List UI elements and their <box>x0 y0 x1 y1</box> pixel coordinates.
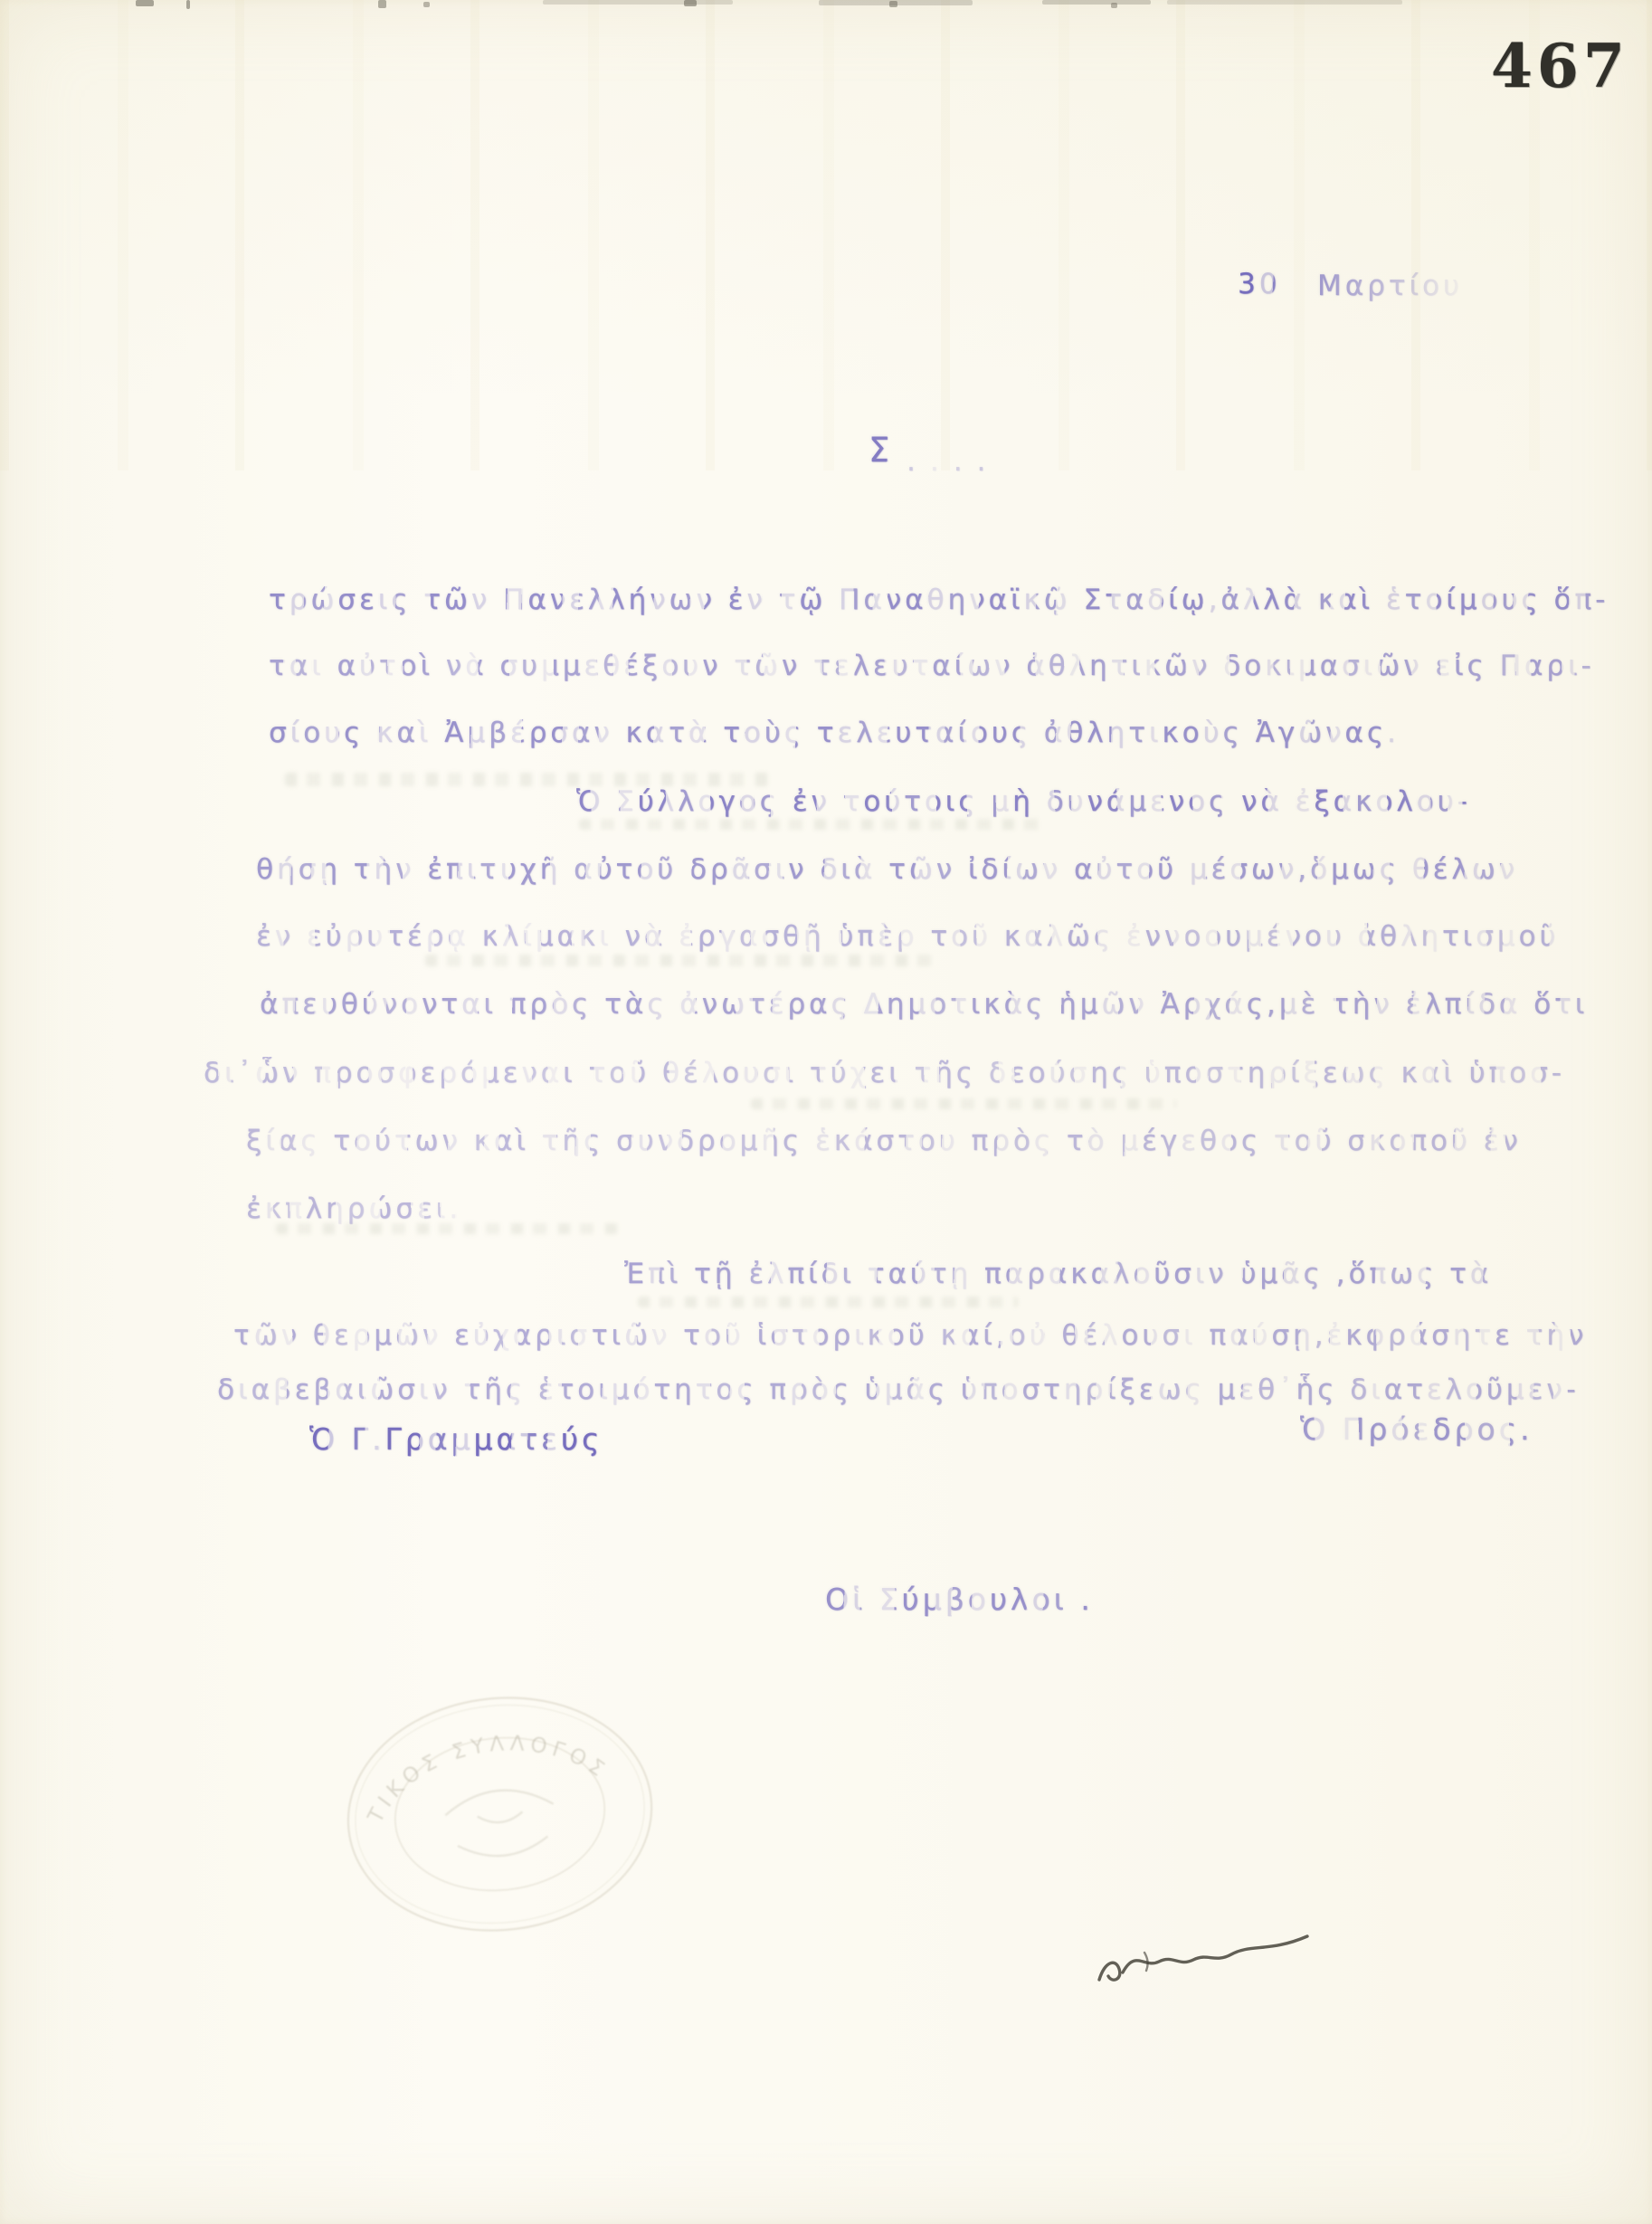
body-line: ξίας τούτων καὶ τῆς συνδρομῆς ἑκάστου πρ… <box>246 1125 1522 1157</box>
bleedthrough-smudge <box>276 1223 620 1234</box>
secretary-title: Ὁ Γ.Γραμματεύς <box>309 1421 603 1457</box>
scan-artifact <box>423 2 430 7</box>
scan-artifact <box>378 0 386 8</box>
bleedthrough-smudge <box>425 955 932 966</box>
salutation-initial: Σ <box>869 431 893 470</box>
scan-artifact <box>1167 0 1402 5</box>
scan-artifact <box>1042 0 1151 5</box>
scan-artifact <box>684 0 697 6</box>
body-line: Ὁ Σύλλογος ἐν τούτοις μὴ δυνάμενος νὰ ἐξ… <box>576 785 1471 818</box>
body-line: τρώσεις τῶν Πανελλήνων ἐν τῷ Παναθηναϊκῷ… <box>269 584 1609 616</box>
salutation-trail: .... <box>907 445 1000 478</box>
body-line: σίους καὶ Ἀμβέρσαν κατὰ τοὺς τελευταίους… <box>269 717 1400 749</box>
bleedthrough-smudge <box>579 819 1049 830</box>
bleedthrough-smudge <box>285 773 774 786</box>
date-month: Μαρτίου <box>1317 270 1463 302</box>
body-line: δι᾽ὧν προσφερόμεναι τοῦ θέλουσι τύχει τῆ… <box>204 1057 1565 1089</box>
body-line: Ἐπὶ τῇ ἐλπίδι ταύτῃ παρακαλοῦσιν ὑμᾶς ,ὅ… <box>624 1258 1492 1290</box>
bleedthrough-smudge <box>751 1098 1176 1109</box>
scan-streaks <box>0 0 1652 470</box>
scan-artifact <box>136 0 154 6</box>
body-line: θήσῃ τὴν ἐπιτυχῆ αὐτοῦ δρᾶσιν διὰ τῶν ἰδ… <box>256 853 1518 886</box>
club-stamp: ΤΙΚΟΣ ΣΥΛΛΟΓΟΣ <box>305 1656 693 1963</box>
page-number-stamp: 467 <box>1491 31 1629 101</box>
body-line: τῶν θερμῶν εὐχαριστιῶν τοῦ ἱστορικοῦ καί… <box>233 1319 1587 1352</box>
scan-artifact <box>543 0 733 5</box>
bleedthrough-smudge <box>638 1297 1018 1307</box>
scan-artifact <box>1111 3 1117 8</box>
scan-artifact <box>889 1 897 7</box>
body-line: ἐκπληρώσει. <box>246 1193 461 1225</box>
scanned-letter-page: 467 30 Μαρτίου Σ .... τρώσεις τῶν Πανελλ… <box>0 0 1652 2224</box>
council-title: Οἱ Σύμβουλοι . <box>825 1582 1094 1617</box>
date-day: 30 <box>1238 268 1280 300</box>
body-line: ἀπευθύνονται πρὸς τὰς ἀνωτέρας Δημοτικὰς… <box>260 988 1588 1021</box>
scan-artifact <box>186 0 190 9</box>
body-line: ται αὐτοὶ νὰ συμμεθέξουν τῶν τελευταίων … <box>269 650 1595 682</box>
stamp-emblem-scribble <box>443 1785 558 1861</box>
body-line: διαβεβαιῶσιν τῆς ἑτοιμότητος πρὸς ὑμᾶς ὑ… <box>217 1373 1580 1406</box>
president-title: Ὁ Πρόεδρος. <box>1300 1411 1533 1447</box>
handwritten-signature <box>1090 1920 1325 2010</box>
body-line: ἐν εὐρυτέρᾳ κλίμακι νὰ ἐργασθῇ ὑπὲρ τοῦ … <box>256 920 1559 953</box>
signature-stroke <box>1099 1936 1307 1980</box>
